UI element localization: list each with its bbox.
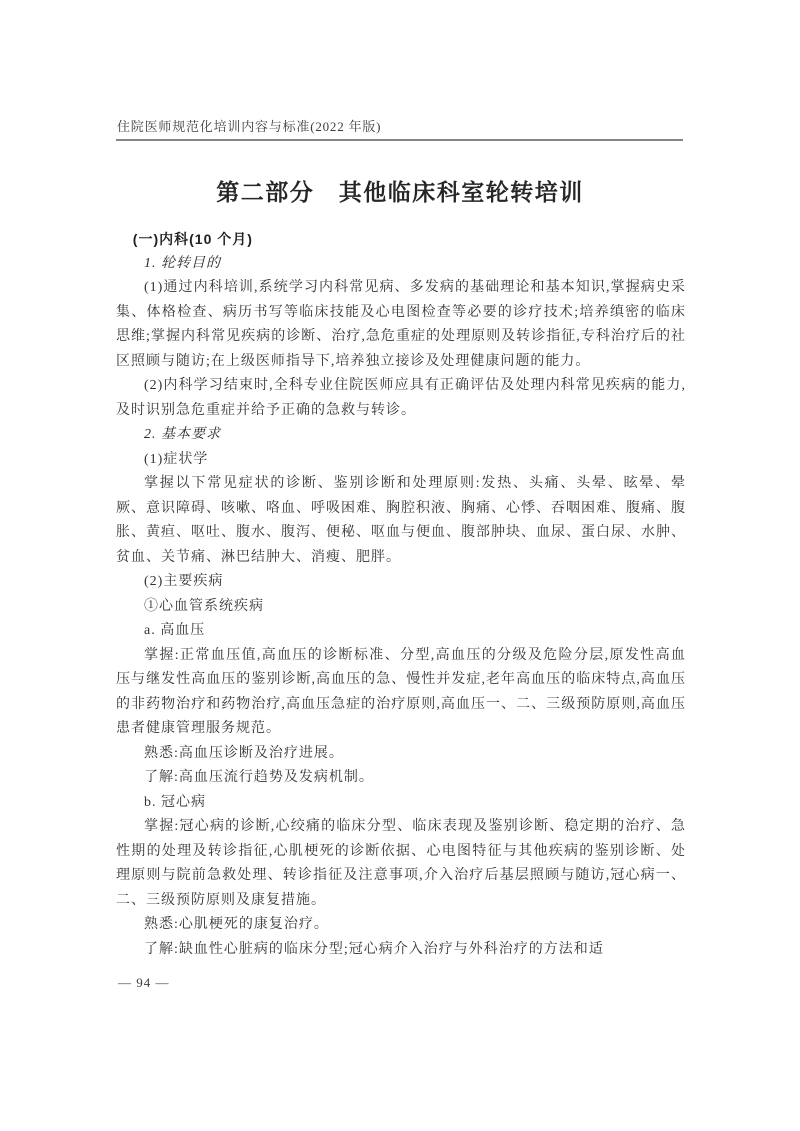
section-heading: (一)内科(10 个月) [116,227,686,252]
paragraph: 了解:缺血性心脏病的临床分型;冠心病介入治疗与外科治疗的方法和适 [116,938,686,963]
running-header: 住院医师规范化培训内容与标准(2022 年版) [117,116,381,135]
document-page: 住院医师规范化培训内容与标准(2022 年版) 第二部分 其他临床科室轮转培训 … [0,0,800,1131]
section-heading: 2. 基本要求 [116,423,686,448]
paragraph: 掌握:冠心病的诊断,心绞痛的临床分型、临床表现及鉴别诊断、稳定期的治疗、急性期的… [116,815,686,913]
paragraph: ①心血管系统疾病 [116,595,686,620]
paragraph: b. 冠心病 [116,791,686,816]
paragraph: 熟悉:高血压诊断及治疗进展。 [116,742,686,767]
page-title: 第二部分 其他临床科室轮转培训 [116,174,684,207]
paragraph: 掌握以下常见症状的诊断、鉴别诊断和处理原则:发热、头痛、头晕、眩晕、晕厥、意识障… [116,472,686,570]
paragraph: (1)通过内科培训,系统学习内科常见病、多发病的基础理论和基本知识,掌握病史采集… [116,276,686,374]
paragraph: 掌握:正常血压值,高血压的诊断标准、分型,高血压的分级及危险分层,原发性高血压与… [116,644,686,742]
header-rule [116,139,683,141]
paragraph: (1)症状学 [116,448,686,473]
page-number: — 94 — [118,975,170,991]
content: (一)内科(10 个月)1. 轮转目的(1)通过内科培训,系统学习内科常见病、多… [116,227,686,962]
paragraph: a. 高血压 [116,619,686,644]
section-heading: 1. 轮转目的 [116,252,686,277]
paragraph: 了解:高血压流行趋势及发病机制。 [116,766,686,791]
paragraph: (2)内科学习结束时,全科专业住院医师应具有正确评估及处理内科常见疾病的能力,及… [116,374,686,423]
paragraph: 熟悉:心肌梗死的康复治疗。 [116,913,686,938]
paragraph: (2)主要疾病 [116,570,686,595]
